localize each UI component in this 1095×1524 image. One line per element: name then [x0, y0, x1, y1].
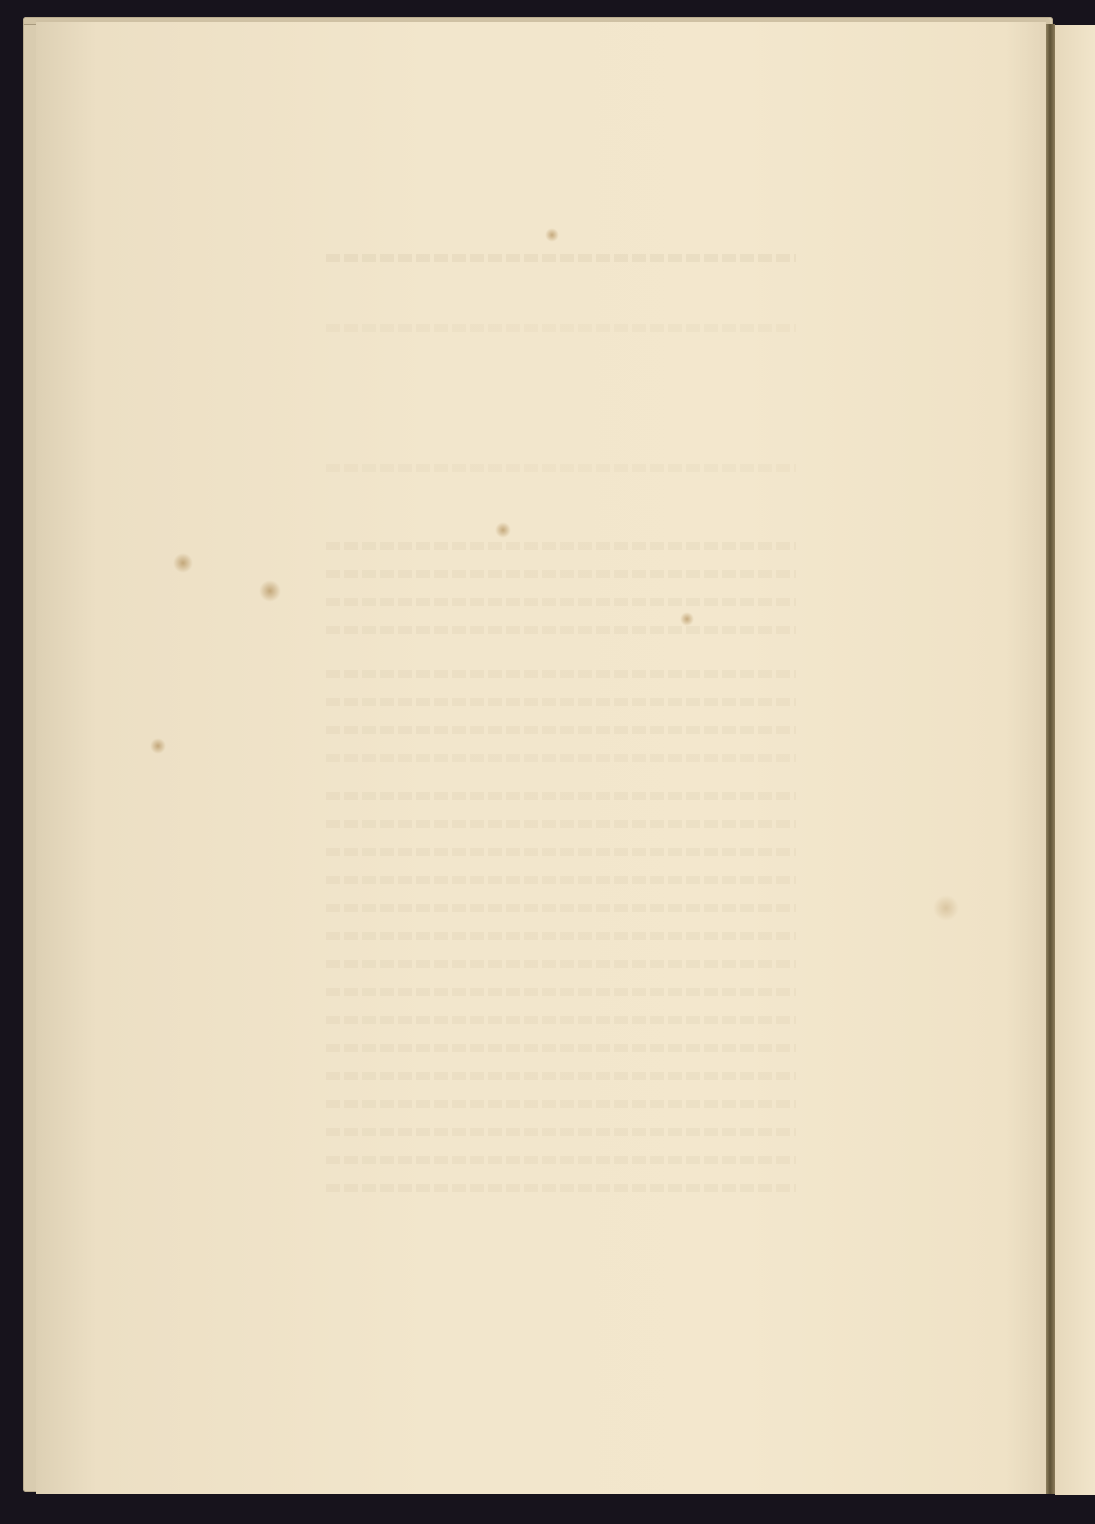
bleed-through-line [326, 626, 796, 634]
bleed-through-line [326, 848, 796, 856]
page-gutter [1046, 24, 1055, 1494]
foxing-spot [545, 228, 559, 242]
bleed-through-line [326, 598, 796, 606]
bleed-through-line [326, 570, 796, 578]
bleed-through-line [326, 542, 796, 550]
bleed-through-line [326, 960, 796, 968]
bleed-through-line [326, 1016, 796, 1024]
bleed-through-line [326, 254, 796, 262]
bleed-through-line [326, 754, 796, 762]
foxing-spot [680, 612, 694, 626]
foxing-spot [495, 522, 511, 538]
bleed-through-line [326, 698, 796, 706]
foxing-spot [150, 738, 166, 754]
bleed-through-line [326, 988, 796, 996]
bleed-through-line [326, 726, 796, 734]
bleed-through-line [326, 1128, 796, 1136]
bleed-through-line [326, 464, 796, 472]
adjacent-page-edge [1055, 25, 1095, 1495]
bleed-through-line [326, 820, 796, 828]
bleed-through-line [326, 1072, 796, 1080]
bleed-through-line [326, 792, 796, 800]
bleed-through-line [326, 1100, 796, 1108]
bleed-through-line [326, 904, 796, 912]
foxing-spot [259, 580, 281, 602]
bleed-through-line [326, 670, 796, 678]
bleed-through-line [326, 324, 796, 332]
bleed-through-line [326, 932, 796, 940]
foxing-spot [933, 895, 959, 921]
bleed-through-line [326, 1184, 796, 1192]
bleed-through-line [326, 1156, 796, 1164]
blank-page [36, 20, 1046, 1494]
bleed-through-line [326, 876, 796, 884]
foxing-spot [173, 553, 193, 573]
bleed-through-line [326, 1044, 796, 1052]
